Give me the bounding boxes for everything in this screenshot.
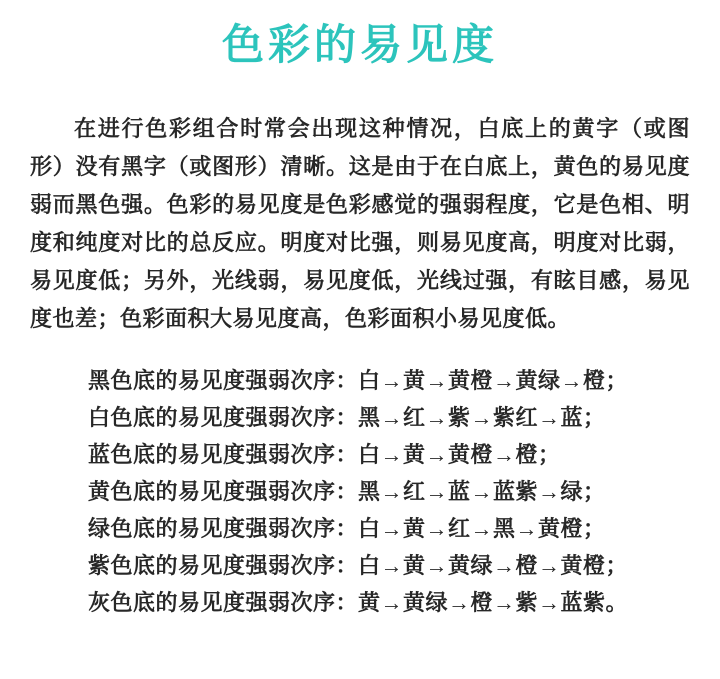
list-item-gray-background: 灰色底的易见度强弱次序：黄→黄绿→橙→紫→蓝紫。 <box>88 584 690 621</box>
list-item-black-background: 黑色底的易见度强弱次序：白→黄→黄橙→黄绿→橙； <box>88 362 690 399</box>
visibility-order-list: 黑色底的易见度强弱次序：白→黄→黄橙→黄绿→橙； 白色底的易见度强弱次序：黑→红… <box>88 362 690 621</box>
list-item-blue-background: 蓝色底的易见度强弱次序：白→黄→黄橙→橙； <box>88 436 690 473</box>
list-item-green-background: 绿色底的易见度强弱次序：白→黄→红→黑→黄橙； <box>88 510 690 547</box>
list-item-yellow-background: 黄色底的易见度强弱次序：黑→红→蓝→蓝紫→绿； <box>88 473 690 510</box>
intro-paragraph: 在进行色彩组合时常会出现这种情况，白底上的黄字（或图形）没有黑字（或图形）清晰。… <box>30 110 690 338</box>
list-item-white-background: 白色底的易见度强弱次序：黑→红→紫→紫红→蓝； <box>88 399 690 436</box>
document-page: 色彩的易见度 在进行色彩组合时常会出现这种情况，白底上的黄字（或图形）没有黑字（… <box>0 0 720 679</box>
page-title: 色彩的易见度 <box>30 0 690 70</box>
list-item-purple-background: 紫色底的易见度强弱次序：白→黄→黄绿→橙→黄橙； <box>88 547 690 584</box>
